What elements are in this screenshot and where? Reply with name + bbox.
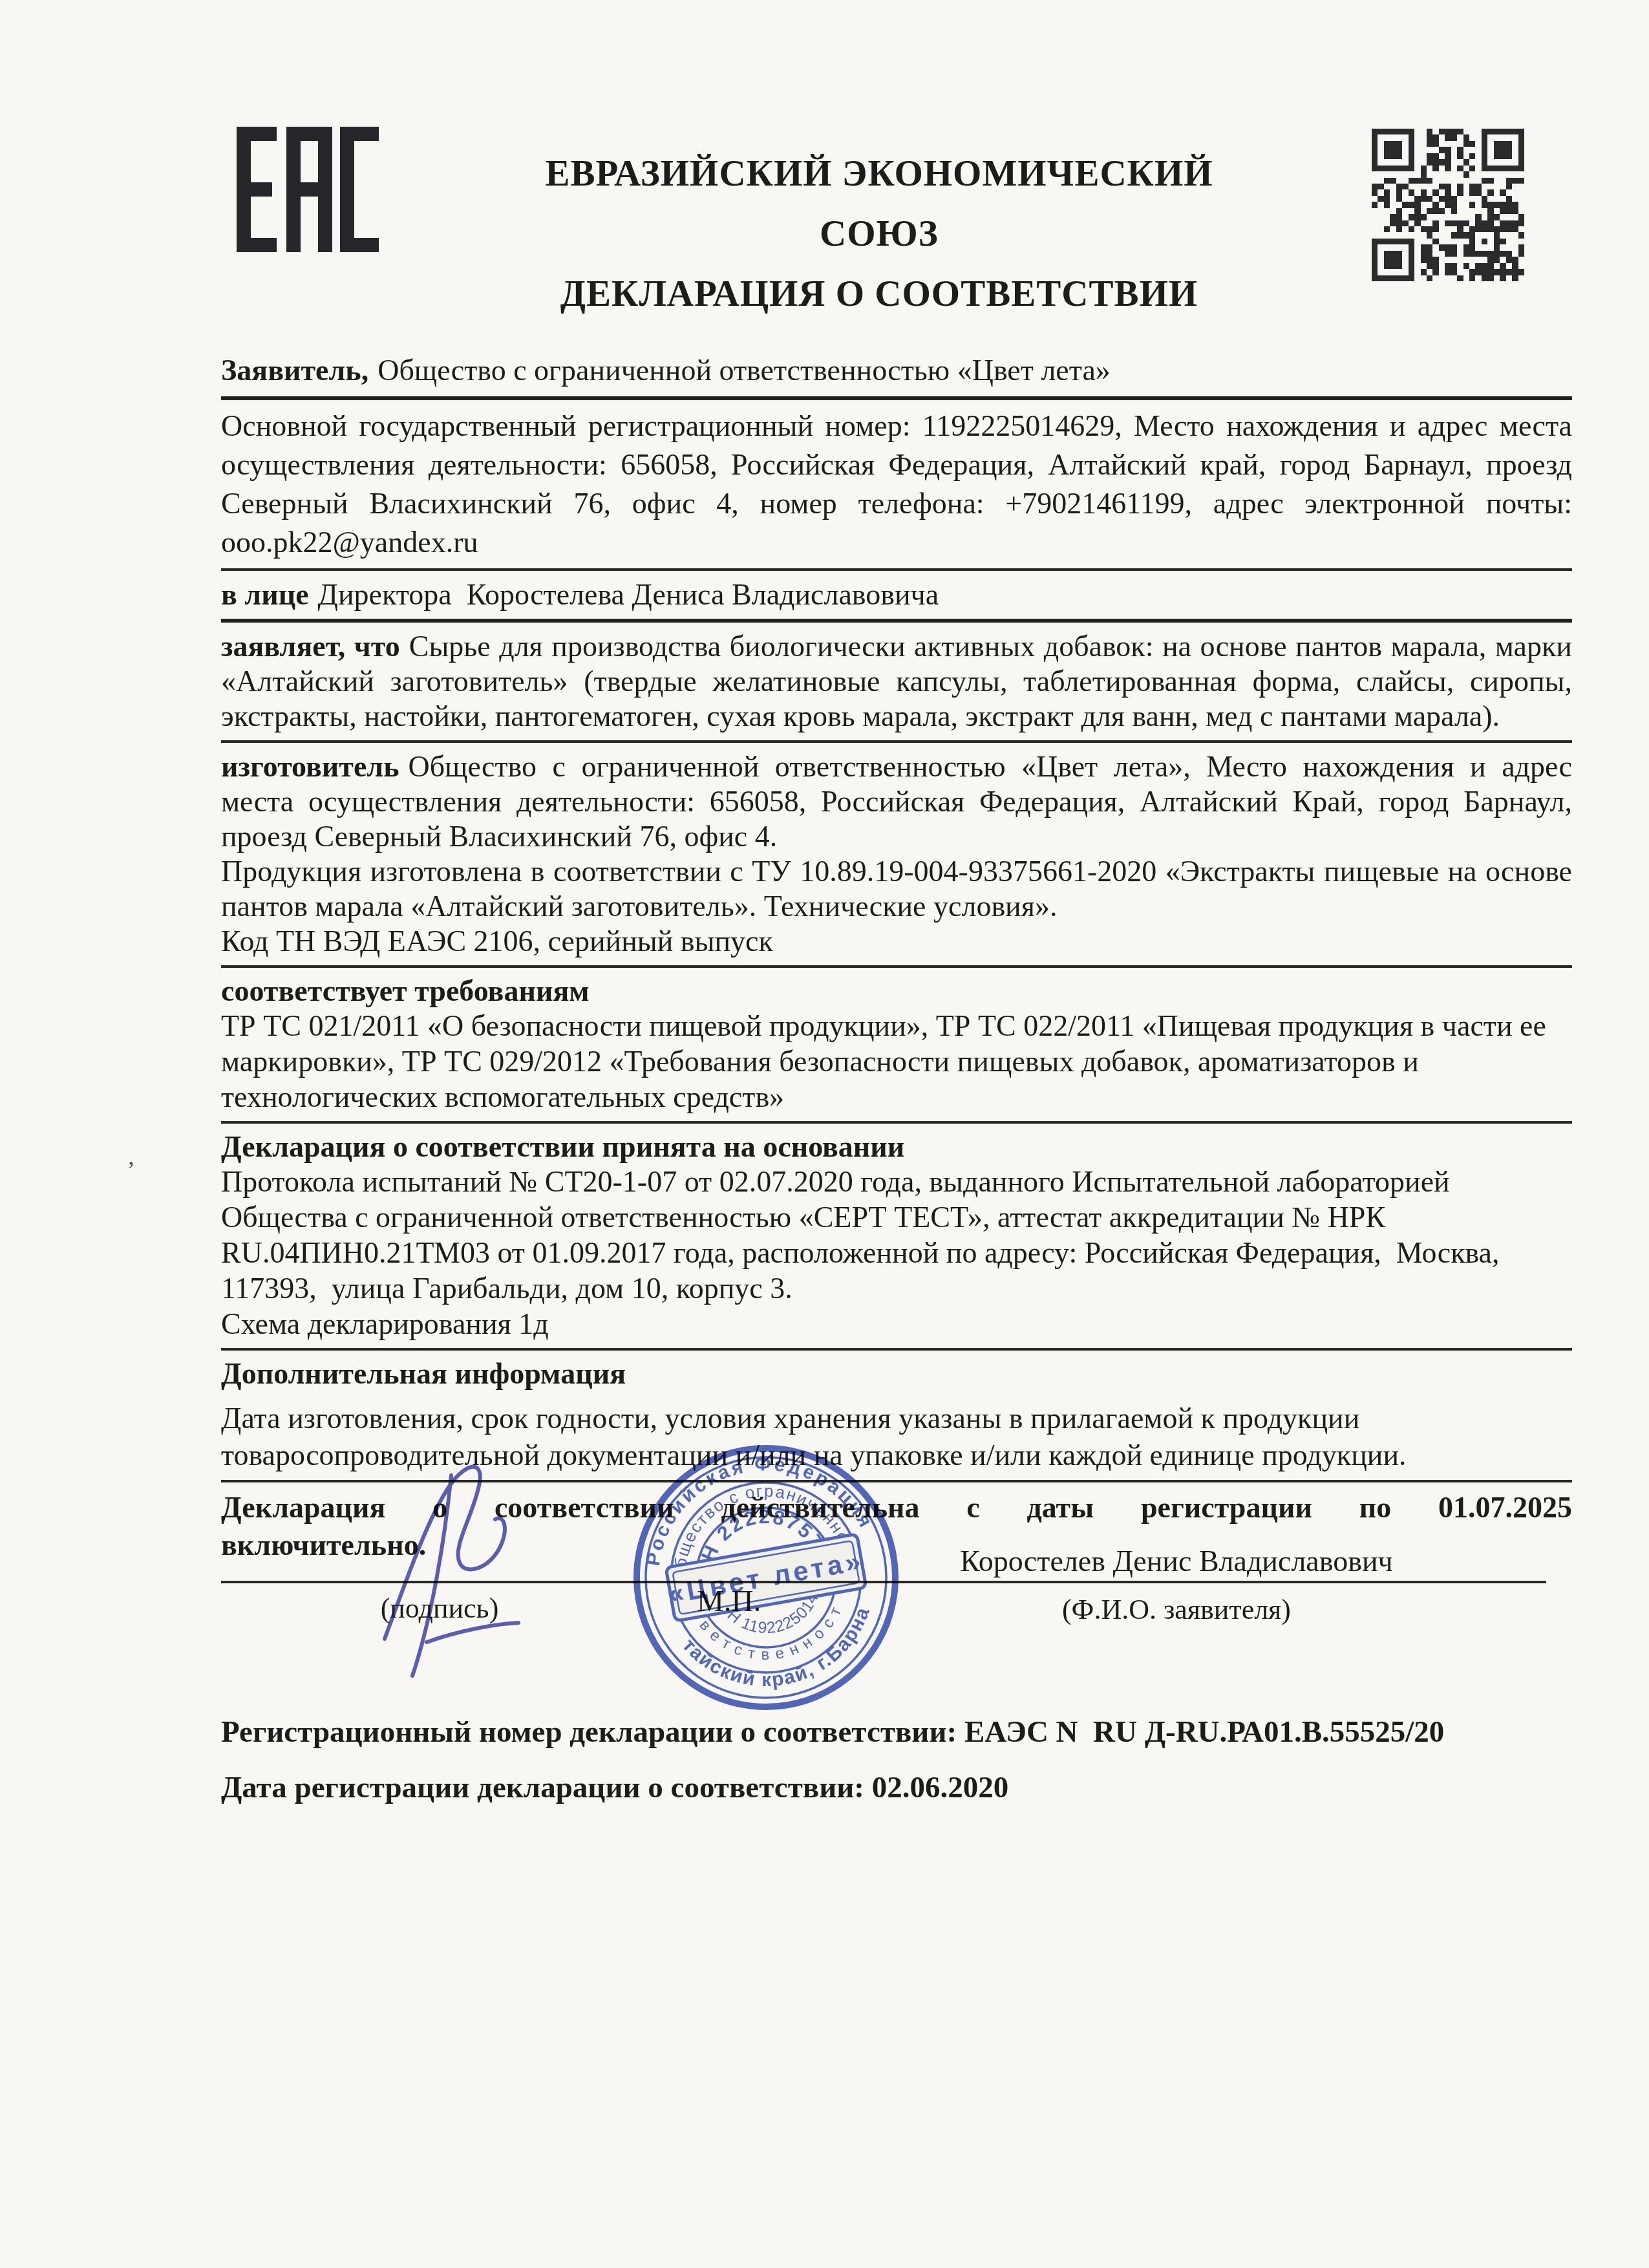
qr-code [1372,129,1524,281]
divider [221,1121,1572,1124]
basis-text: Протокола испытаний № СТ20-1-07 от 02.07… [221,1164,1572,1306]
title-line-3: ДЕКЛАРАЦИЯ О СООТВЕТСТВИИ [394,264,1364,324]
registration-number-line: Регистрационный номер декларации о соотв… [221,1715,1444,1749]
document-page: { "header": { "eac_logo": "EAC", "title_… [0,0,1649,2268]
in-person-value: Директора Коростелева Дениса Владиславов… [318,578,939,611]
complies-header: соответствует требованиям [221,974,1572,1008]
fio-caption: (Ф.И.О. заявителя) [931,1593,1422,1626]
divider [221,568,1572,571]
declares-label: заявляет, что [221,630,400,663]
title-line-1: ЕВРАЗИЙСКИЙ ЭКОНОМИЧЕСКИЙ [394,144,1364,204]
declares-paragraph: заявляет, чтоСырье для производства биол… [221,629,1572,734]
registration-date-label: Дата регистрации декларации о соответств… [221,1771,864,1804]
registration-date-line: Дата регистрации декларации о соответств… [221,1770,1008,1805]
manufacturer-paragraph: изготовительОбщество с ограниченной отве… [221,749,1572,854]
handwritten-signature [349,1448,575,1687]
applicant-value: Общество с ограниченной ответственностью… [378,354,1111,387]
in-person-line: в лицеДиректора Коростелева Дениса Влади… [221,577,1572,612]
declares-value: Сырье для производства биологически акти… [221,630,1572,733]
scheme-line: Схема декларирования 1д [221,1306,1572,1342]
manufacturer-label: изготовитель [221,750,399,783]
divider [221,740,1572,743]
complies-text: ТР ТС 021/2011 «О безопасности пищевой п… [221,1008,1572,1115]
document-body: Заявитель,Общество с ограниченной ответс… [221,351,1572,1564]
title-line-2: СОЮЗ [394,204,1364,264]
basis-header: Декларация о соответствии принята на осн… [221,1130,1572,1164]
manufacturer-value: Общество с ограниченной ответственностью… [221,750,1572,853]
scan-artifact: ’ [127,1155,135,1185]
eac-logo-icon [237,127,379,252]
divider [221,1348,1572,1351]
applicant-label: Заявитель, [221,354,368,387]
applicant-line: Заявитель,Общество с ограниченной ответс… [221,351,1572,390]
applicant-details: Основной государственный регистрационный… [221,407,1572,562]
applicant-fio: Коростелев Денис Владиславович [931,1544,1422,1578]
divider [221,619,1572,623]
divider [221,965,1572,968]
document-title: ЕВРАЗИЙСКИЙ ЭКОНОМИЧЕСКИЙ СОЮЗ ДЕКЛАРАЦИ… [394,144,1364,324]
tnved-line: Код ТН ВЭД ЕАЭС 2106, серийный выпуск [221,924,1572,959]
additional-header: Дополнительная информация [221,1357,1572,1391]
divider [221,396,1572,400]
registration-date-value: 02.06.2020 [872,1771,1009,1804]
signature-caption: (подпись) [304,1592,575,1625]
registration-number-label: Регистрационный номер декларации о соотв… [221,1715,957,1749]
in-person-label: в лице [221,578,309,611]
registration-number-value: ЕАЭС N RU Д-RU.РА01.В.55525/20 [964,1715,1444,1749]
manufacturer-tu: Продукция изготовлена в соответствии с Т… [221,854,1572,924]
company-stamp: Российская Федерация Алтайский край, г.Б… [627,1439,905,1717]
